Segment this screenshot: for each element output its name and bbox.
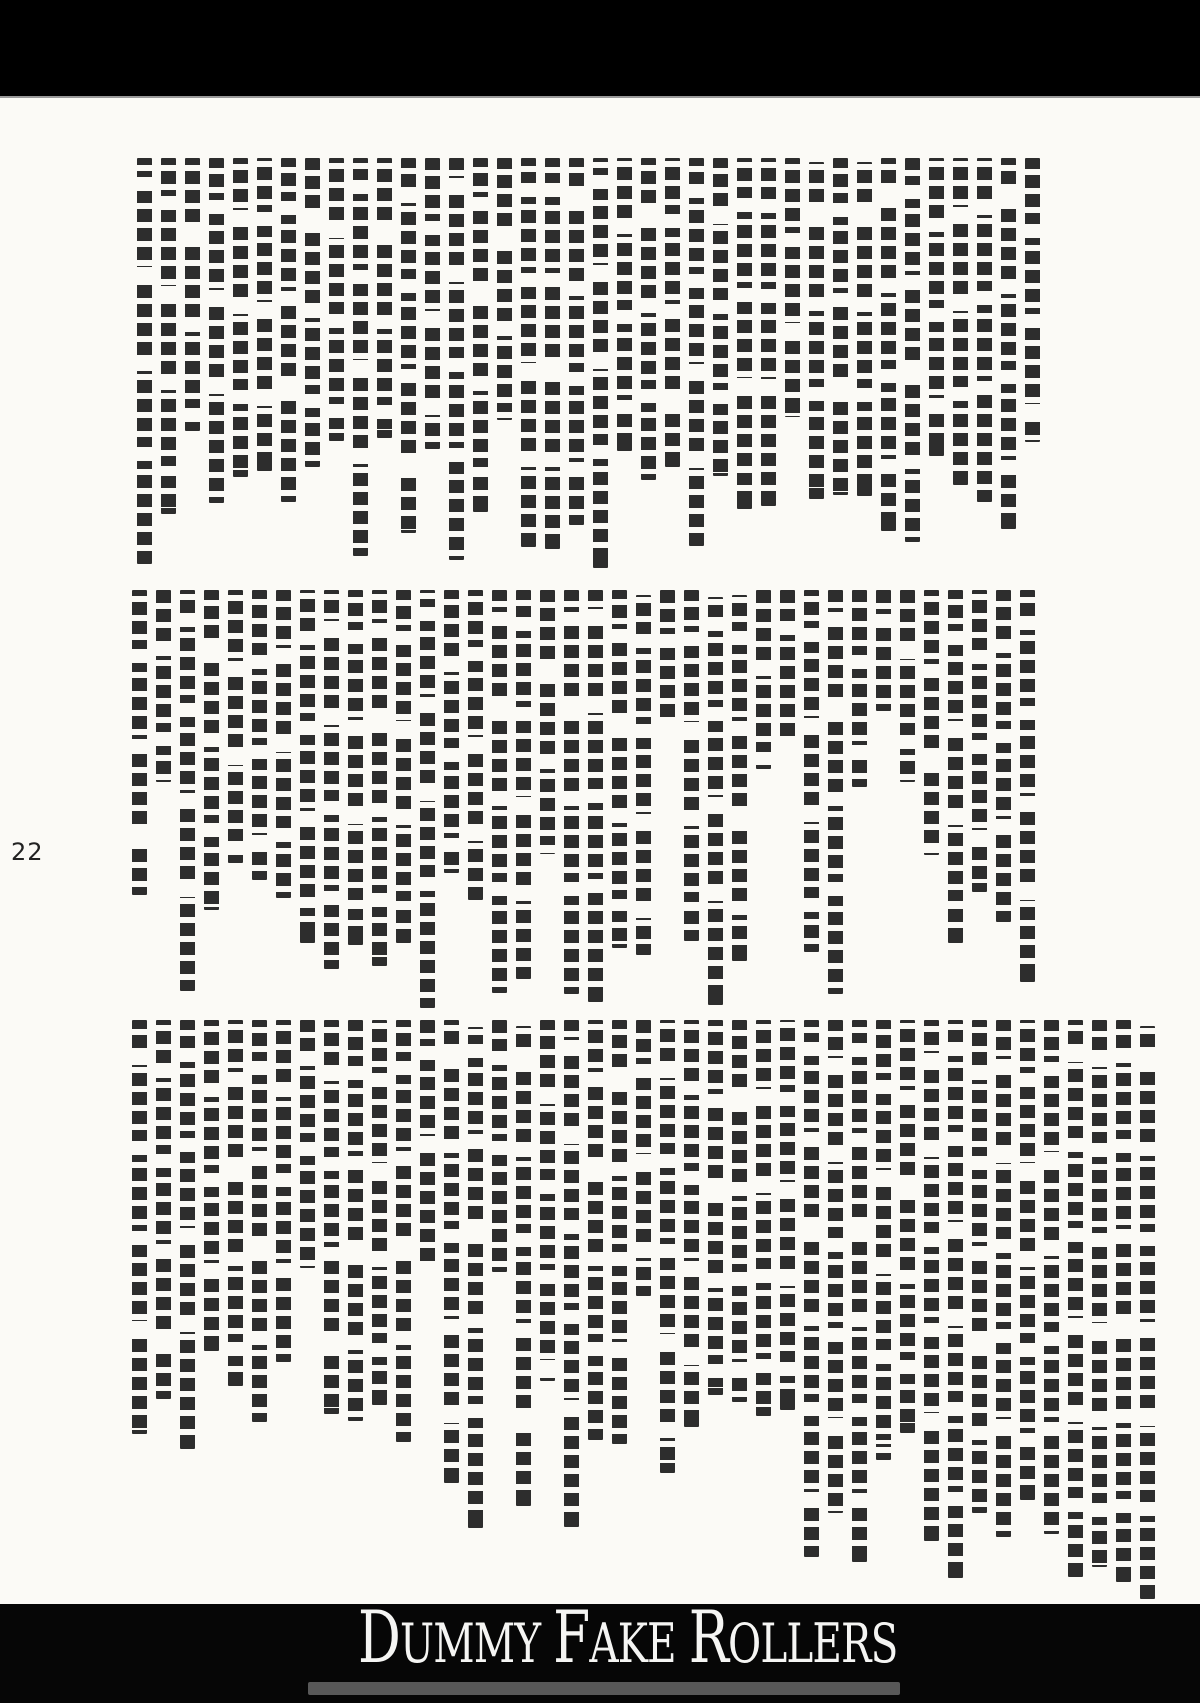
redacted-text-column	[444, 590, 459, 873]
redacted-text-column	[401, 158, 416, 533]
redacted-text-column	[209, 158, 224, 503]
redacted-text-column	[972, 1020, 987, 1513]
page-number: 22	[11, 838, 44, 866]
redacted-text-column	[996, 590, 1011, 922]
redacted-text-column	[521, 158, 536, 547]
redacted-text-column	[564, 590, 579, 994]
redacted-text-column	[977, 158, 992, 502]
redacted-text-column	[593, 158, 608, 568]
redacted-text-column	[612, 1020, 627, 1444]
redacted-text-column	[1020, 590, 1035, 982]
redacted-text-column	[516, 1026, 531, 1506]
footer-title: DUMMYFAKEROLLERS	[358, 1602, 910, 1680]
text-block-3-redacted	[95, 1020, 1155, 1598]
redacted-text-column	[588, 1020, 603, 1440]
redacted-text-column	[252, 590, 267, 880]
redacted-text-column	[761, 158, 776, 506]
redacted-text-column	[372, 590, 387, 966]
redacted-text-column	[425, 158, 440, 449]
redacted-text-column	[497, 158, 512, 420]
redacted-text-column	[329, 158, 344, 441]
redacted-text-column	[708, 1020, 723, 1395]
redacted-text-column	[876, 1020, 891, 1460]
scanned-page: 22 DUMMYFAKEROLLERS	[0, 0, 1200, 1703]
redacted-text-column	[636, 595, 651, 955]
redacted-text-column	[540, 1020, 555, 1381]
redacted-text-column	[1001, 158, 1016, 529]
redacted-text-column	[132, 590, 147, 895]
redacted-text-column	[660, 590, 675, 723]
redacted-text-column	[809, 162, 824, 499]
redacted-text-column	[828, 1020, 843, 1513]
redacted-text-column	[276, 590, 291, 898]
redacted-text-column	[689, 158, 704, 546]
redacted-text-column	[636, 1020, 651, 1296]
redacted-text-column	[876, 590, 891, 711]
redacted-text-column	[1044, 1020, 1059, 1534]
redacted-text-column	[545, 158, 560, 549]
redacted-text-column	[972, 590, 987, 892]
redacted-text-column	[732, 595, 747, 961]
redacted-text-column	[924, 1020, 939, 1541]
redacted-text-column	[641, 158, 656, 480]
redacted-text-column	[564, 1020, 579, 1527]
redacted-text-column	[468, 590, 483, 900]
text-block-1-redacted	[88, 158, 1040, 570]
redacted-text-column	[828, 590, 843, 994]
redacted-text-column	[468, 1027, 483, 1528]
redacted-text-column	[852, 590, 867, 787]
redacted-text-column	[137, 158, 152, 564]
redacted-text-column	[732, 1020, 747, 1402]
redacted-text-column	[1116, 1020, 1131, 1582]
redacted-text-column	[204, 590, 219, 910]
redacted-text-column	[1068, 1020, 1083, 1577]
redacted-text-column	[1025, 158, 1040, 442]
redacted-text-column	[233, 158, 248, 477]
redacted-text-column	[665, 158, 680, 467]
redacted-text-column	[588, 590, 603, 1002]
redacted-text-column	[569, 158, 584, 525]
redacted-text-column	[612, 590, 627, 948]
redacted-text-column	[396, 1020, 411, 1442]
redacted-text-column	[929, 158, 944, 456]
redacted-text-column	[833, 158, 848, 495]
redacted-text-column	[353, 158, 368, 556]
redacted-text-column	[252, 1020, 267, 1422]
redacted-text-column	[156, 590, 171, 782]
redacted-text-column	[204, 1020, 219, 1351]
redacted-text-column	[1092, 1020, 1107, 1567]
redacted-text-column	[300, 590, 315, 943]
redacted-text-column	[257, 158, 272, 471]
redacted-text-column	[996, 1020, 1011, 1537]
redacted-text-column	[276, 1020, 291, 1362]
redacted-text-column	[684, 1020, 699, 1427]
scan-edge-top	[0, 0, 1200, 98]
redacted-text-column	[924, 590, 939, 855]
redacted-text-column	[852, 1020, 867, 1562]
redacted-text-column	[377, 158, 392, 438]
redacted-text-column	[473, 158, 488, 512]
redacted-text-column	[804, 590, 819, 952]
redacted-text-column	[305, 158, 320, 467]
redacted-text-column	[492, 1020, 507, 1272]
redacted-text-column	[756, 590, 771, 769]
redacted-text-column	[348, 590, 363, 945]
redacted-text-column	[281, 158, 296, 502]
redacted-text-column	[900, 590, 915, 782]
text-block-2-redacted	[85, 590, 1035, 1008]
redacted-text-column	[785, 158, 800, 417]
redacted-text-column	[1140, 1026, 1155, 1599]
redacted-text-column	[713, 158, 728, 476]
redacted-text-column	[660, 1020, 675, 1473]
redacted-text-column	[156, 1020, 171, 1399]
redacted-text-column	[420, 1020, 435, 1266]
footer-banner: DUMMYFAKEROLLERS	[0, 1604, 1200, 1703]
redacted-text-column	[132, 1020, 147, 1434]
redacted-text-column	[1020, 1020, 1035, 1500]
redacted-text-column	[161, 158, 176, 514]
redacted-text-column	[905, 158, 920, 542]
redacted-text-column	[449, 158, 464, 560]
redacted-text-column	[300, 1020, 315, 1268]
redacted-text-column	[708, 597, 723, 1005]
redacted-text-column	[540, 590, 555, 854]
redacted-text-column	[228, 1020, 243, 1386]
redacted-text-column	[420, 590, 435, 1008]
redacted-text-column	[372, 1020, 387, 1405]
redacted-text-column	[804, 1020, 819, 1557]
redacted-text-column	[737, 158, 752, 509]
redacted-text-column	[857, 162, 872, 496]
footer-tagline-redacted	[308, 1682, 900, 1695]
redacted-text-column	[180, 590, 195, 991]
redacted-text-column	[881, 158, 896, 531]
redacted-text-column	[180, 1020, 195, 1449]
redacted-text-column	[780, 590, 795, 742]
redacted-text-column	[444, 1020, 459, 1483]
redacted-text-column	[617, 158, 632, 451]
redacted-text-column	[348, 1020, 363, 1421]
redacted-text-column	[324, 1020, 339, 1414]
redacted-text-column	[396, 590, 411, 943]
redacted-text-column	[756, 1020, 771, 1416]
redacted-text-column	[948, 590, 963, 943]
redacted-text-column	[953, 158, 968, 485]
redacted-text-column	[516, 590, 531, 979]
redacted-text-column	[780, 1020, 795, 1410]
redacted-text-column	[185, 158, 200, 431]
redacted-text-column	[900, 1020, 915, 1433]
redacted-text-column	[948, 1020, 963, 1578]
redacted-text-column	[324, 590, 339, 969]
redacted-text-column	[492, 590, 507, 993]
redacted-text-column	[684, 590, 699, 941]
redacted-text-column	[228, 590, 243, 863]
